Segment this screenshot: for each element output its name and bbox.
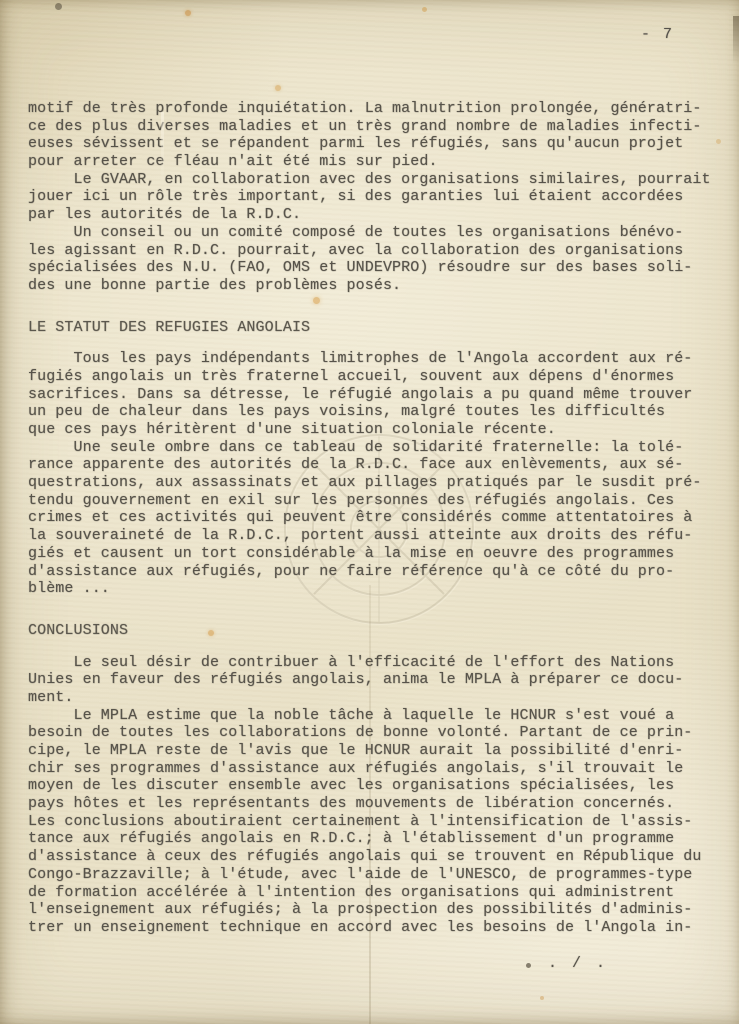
text-line: spécialisées des N.U. (FAO, OMS et UNDEV… xyxy=(28,259,728,277)
paper-edge-mark xyxy=(733,16,739,64)
page-number: - 7 xyxy=(641,26,674,43)
text-line: tance aux réfugiés angolais en R.D.C.; à… xyxy=(28,830,728,848)
section-heading: CONCLUSIONS xyxy=(28,622,728,640)
text-line: questrations, aux assassinats et aux pil… xyxy=(28,474,728,492)
text-line: Une seule ombre dans ce tableau de solid… xyxy=(28,439,728,457)
text-line: besoin de toutes les collaborations de b… xyxy=(28,724,728,742)
text-line: crimes et ces activités qui peuvent être… xyxy=(28,509,728,527)
text-line: Les conclusions aboutiraient certainemen… xyxy=(28,813,728,831)
text-line: rance apparente des autorités de la R.D.… xyxy=(28,456,728,474)
text-line: pays hôtes et les représentants des mouv… xyxy=(28,795,728,813)
text-line: Tous les pays indépendants limitrophes d… xyxy=(28,350,728,368)
text-line: de formation accélérée à l'intention des… xyxy=(28,884,728,902)
text-line: Le MPLA estime que la noble tâche à laqu… xyxy=(28,707,728,725)
text-line: pour arreter ce fléau n'ait été mis sur … xyxy=(28,153,728,171)
text-line: que ces pays héritèrent d'une situation … xyxy=(28,421,728,439)
text-line: la souveraineté de la R.D.C., portent au… xyxy=(28,527,728,545)
scanned-document-page: - 7 motif de très profonde inquiétation.… xyxy=(0,0,739,1024)
text-line: fugiés angolais un très fraternel accuei… xyxy=(28,368,728,386)
paragraph-group: motif de très profonde inquiétation. La … xyxy=(28,100,728,295)
text-line: tendu gouvernement en exil sur les perso… xyxy=(28,492,728,510)
text-line: moyen de les discuter ensemble avec les … xyxy=(28,777,728,795)
text-line: jouer ici un rôle très important, si des… xyxy=(28,188,728,206)
paper-stain xyxy=(540,996,544,1000)
text-line: blème ... xyxy=(28,580,728,598)
text-line: giés et causent un tort considérable à l… xyxy=(28,545,728,563)
continuation-mark: . / . xyxy=(548,955,608,972)
document-body: motif de très profonde inquiétation. La … xyxy=(28,100,728,937)
paragraph-group: Tous les pays indépendants limitrophes d… xyxy=(28,350,728,598)
text-line: Congo-Brazzaville; à l'étude, avec l'aid… xyxy=(28,866,728,884)
text-line: des une bonne partie des problèmes posés… xyxy=(28,277,728,295)
text-line: motif de très profonde inquiétation. La … xyxy=(28,100,728,118)
text-line: ment. xyxy=(28,689,728,707)
text-line: par les autorités de la R.D.C. xyxy=(28,206,728,224)
paragraph-group: Le seul désir de contribuer à l'efficaci… xyxy=(28,654,728,937)
paper-speck xyxy=(526,963,531,968)
text-line: euses sévissent et se répandent parmi le… xyxy=(28,135,728,153)
paper-stain xyxy=(422,7,427,12)
text-line: d'assistance à ceux des réfugiés angolai… xyxy=(28,848,728,866)
text-line: Le seul désir de contribuer à l'efficaci… xyxy=(28,654,728,672)
text-line: les agissant en R.D.C. pourrait, avec la… xyxy=(28,242,728,260)
text-line: trer un enseignement technique en accord… xyxy=(28,919,728,937)
section-heading: LE STATUT DES REFUGIES ANGOLAIS xyxy=(28,319,728,337)
paper-stain xyxy=(275,85,281,91)
text-line: Un conseil ou un comité composé de toute… xyxy=(28,224,728,242)
text-line: cipe, le MPLA reste de l'avis que le HCN… xyxy=(28,742,728,760)
text-line: Unies en faveur des réfugiés angolais, a… xyxy=(28,671,728,689)
text-line: Le GVAAR, en collaboration avec des orga… xyxy=(28,171,728,189)
text-line: l'enseignement aux réfugiés; à la prospe… xyxy=(28,901,728,919)
text-line: sacrifices. Dans sa détresse, le réfugié… xyxy=(28,386,728,404)
text-line: un peu de chaleur dans les pays voisins,… xyxy=(28,403,728,421)
text-line: ce des plus diverses maladies et un très… xyxy=(28,118,728,136)
text-line: chir ses programmes d'assistance aux réf… xyxy=(28,760,728,778)
paper-stain xyxy=(185,10,191,16)
text-line: d'assistance aux réfugiés, pour ne faire… xyxy=(28,563,728,581)
paper-speck xyxy=(55,3,62,10)
